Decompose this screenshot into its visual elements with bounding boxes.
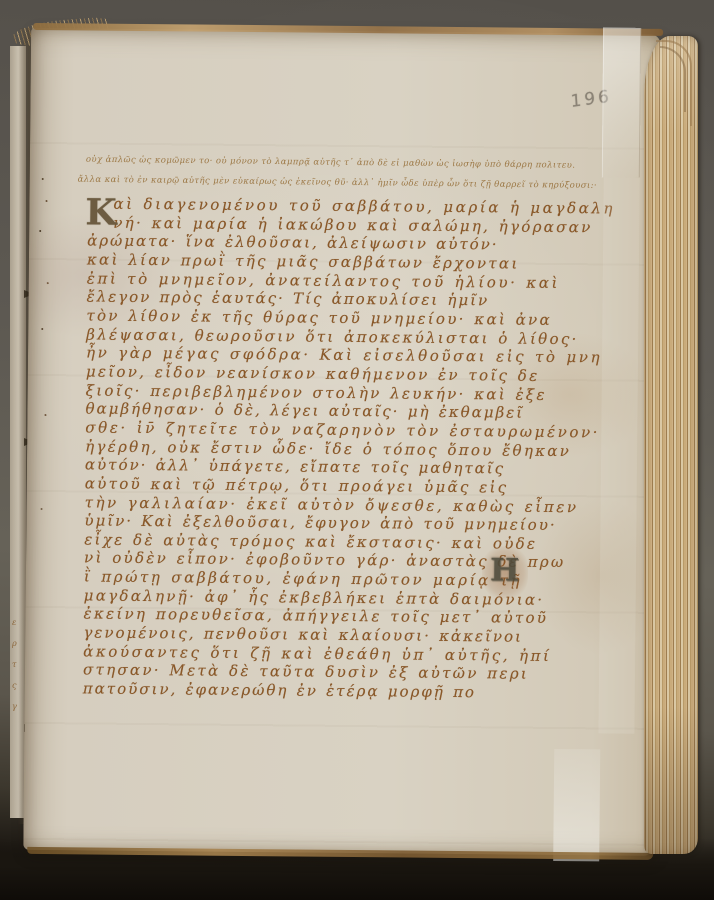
gospel-text-block: Κ αὶ διαγενομένου τοῦ σαββάτου, μαρία ἡ … [83,194,642,703]
tape-strip-bottom [553,749,600,861]
text-fragment: ρ [12,639,17,648]
text-fragment: ε [12,618,17,627]
text-line: πατοῦσιν, ἐφανερώθη ἐν ἑτέρᾳ μορφῇ πο [83,679,637,703]
ink-specks [42,178,44,180]
open-codex: ερτςγ 196 οὐχ ἁπλῶς ὡς κομῶμεν το· οὐ μό… [10,22,698,864]
text-fragment: ς [12,681,17,690]
manuscript-photograph: ερτςγ 196 οὐχ ἁπλῶς ὡς κομῶμεν το· οὐ μό… [0,0,714,900]
drop-initial-kappa: Κ [85,194,117,230]
text-fragment: γ [12,702,17,711]
manuscript-page: 196 οὐχ ἁπλῶς ὡς κομῶμεν το· οὐ μόνον τὸ… [23,28,661,856]
tape-strip-top [602,27,641,177]
text-lines: αὶ διαγενομένου τοῦ σαββάτου, μαρία ἡ μα… [83,194,642,703]
tape-strip-middle [598,177,639,733]
text-fragment: τ [12,660,17,669]
page-stack-fore-edge [644,36,698,854]
seal-glyph: Η [490,552,520,588]
scholion-block: οὐχ ἁπλῶς ὡς κομῶμεν το· οὐ μόνον τὸ λαμ… [86,150,638,197]
facing-page-text-fragments: ερτςγ [10,618,17,723]
seal-stain: Η [482,546,528,598]
